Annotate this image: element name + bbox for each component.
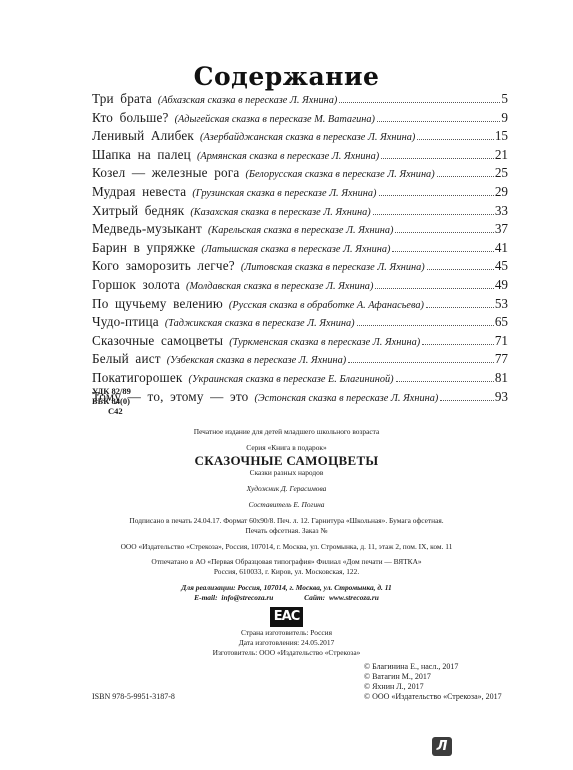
toc-entry-note: (Армянская сказка в пересказе Л. Яхнина): [197, 151, 379, 162]
manufacture-date: Дата изготовления: 24.05.2017: [0, 638, 573, 647]
toc-entry-title: Шапка на палец: [92, 147, 191, 163]
toc-entry[interactable]: Кого заморозить легче?(Литовская сказка …: [92, 258, 508, 277]
toc-entry-title: Кто больше?: [92, 110, 169, 126]
book-subtitle: Сказки разных народов: [0, 468, 573, 477]
toc-entry[interactable]: Шапка на палец(Армянская сказка в переск…: [92, 147, 508, 166]
toc-entry-title: Хитрый бедняк: [92, 203, 184, 219]
print-details-1: Подписано в печать 24.04.17. Формат 60x9…: [0, 516, 573, 525]
dot-leader: [381, 158, 494, 159]
dot-leader: [348, 362, 494, 363]
dot-leader: [375, 288, 493, 289]
toc-entry[interactable]: Барин в упряжке(Латышская сказка в перес…: [92, 240, 508, 259]
copyright-line: © Ватагин М., 2017: [364, 672, 502, 682]
udk-code: УДК 82/89: [92, 386, 131, 396]
toc-entry-page: 5: [501, 91, 508, 107]
toc-entry-page: 45: [495, 258, 508, 274]
dot-leader: [396, 381, 494, 382]
toc-entry-note: (Украинская сказка в пересказе Е. Благин…: [189, 374, 394, 385]
toc-entry[interactable]: Хитрый бедняк(Казахская сказка в переска…: [92, 203, 508, 222]
table-of-contents: Три брата(Абхазская сказка в пересказе Л…: [92, 91, 508, 407]
toc-entry-page: 65: [495, 314, 508, 330]
toc-entry[interactable]: Ленивый Алибек(Азербайджанская сказка в …: [92, 128, 508, 147]
toc-entry-note: (Адыгейская сказка в пересказе М. Ватаги…: [175, 114, 375, 125]
eac-certification-icon: EAC: [270, 607, 303, 627]
toc-entry-title: Три брата: [92, 91, 152, 107]
toc-entry-note: (Туркменская сказка в пересказе Л. Яхнин…: [229, 337, 420, 348]
toc-entry[interactable]: Мудрая невеста(Грузинская сказка в перес…: [92, 184, 508, 203]
udk-block: УДК 82/89 ББК 84(0) С42: [92, 386, 131, 416]
printer-line-1: Отпечатано в АО «Первая Образцовая типог…: [0, 557, 573, 566]
toc-entry-note: (Казахская сказка в пересказе Л. Яхнина): [190, 207, 370, 218]
toc-entry-page: 33: [495, 203, 508, 219]
country-of-origin: Страна изготовитель: Россия: [0, 628, 573, 637]
toc-entry-note: (Литовская сказка в пересказе Л. Яхнина): [241, 262, 425, 273]
copyright-block: © Благинина Е., насл., 2017 © Ватагин М.…: [364, 662, 502, 702]
toc-entry[interactable]: Горшок золота(Молдавская сказка в переск…: [92, 277, 508, 296]
dot-leader: [395, 232, 493, 233]
dot-leader: [427, 269, 494, 270]
website-text: Сайт: www.strecoza.ru: [304, 593, 379, 602]
author-mark: С42: [92, 406, 131, 416]
toc-entry-title: Козел — железные рога: [92, 165, 239, 181]
dot-leader: [437, 176, 494, 177]
toc-entry[interactable]: По щучьему велению(Русская сказка в обра…: [92, 296, 508, 315]
toc-entry-note: (Карельская сказка в пересказе Л. Яхнина…: [208, 225, 393, 236]
toc-entry-title: По щучьему велению: [92, 296, 223, 312]
toc-entry-page: 81: [495, 370, 508, 386]
isbn: ISBN 978-5-9951-3187-8: [92, 692, 175, 701]
toc-entry-title: Белый аист: [92, 351, 161, 367]
toc-entry-title: Барин в упряжке: [92, 240, 195, 256]
artist-credit: Художник Д. Герасимова: [0, 484, 573, 493]
toc-entry-page: 93: [495, 389, 508, 405]
toc-entry-title: Горшок золота: [92, 277, 180, 293]
toc-entry[interactable]: Тому — то, этому — это(Эстонская сказка …: [92, 389, 508, 408]
labirint-logo-icon[interactable]: Л: [432, 737, 452, 756]
manufacturer: Изготовитель: ООО «Издательство «Стрекоз…: [0, 648, 573, 657]
printer-line-2: Россия, 610033, г. Киров, ул. Московская…: [0, 567, 573, 576]
toc-entry-note: (Азербайджанская сказка в пересказе Л. Я…: [200, 132, 415, 143]
dot-leader: [357, 325, 494, 326]
dot-leader: [426, 307, 494, 308]
bbk-code: ББК 84(0): [92, 396, 131, 406]
print-details-2: Печать офсетная. Заказ №: [0, 526, 573, 535]
toc-entry[interactable]: Кто больше?(Адыгейская сказка в пересказ…: [92, 110, 508, 129]
dot-leader: [379, 195, 494, 196]
toc-entry[interactable]: Козел — железные рога(Белорусская сказка…: [92, 165, 508, 184]
publisher-address: ООО «Издательство «Стрекоза», Россия, 10…: [0, 542, 573, 551]
toc-entry-note: (Белорусская сказка в пересказе Л. Яхнин…: [245, 169, 434, 180]
toc-entry-page: 49: [495, 277, 508, 293]
compiler-credit: Составитель Е. Погина: [0, 500, 573, 509]
toc-entry-title: Ленивый Алибек: [92, 128, 194, 144]
toc-entry-title: Медведь-музыкант: [92, 221, 202, 237]
toc-entry-note: (Узбекская сказка в пересказе Л. Яхнина): [167, 355, 346, 366]
toc-entry[interactable]: Белый аист(Узбекская сказка в пересказе …: [92, 351, 508, 370]
toc-entry[interactable]: Чудо-птица(Таджикская сказка в пересказе…: [92, 314, 508, 333]
toc-entry-page: 41: [495, 240, 508, 256]
toc-entry-page: 25: [495, 165, 508, 181]
toc-entry-title: Мудрая невеста: [92, 184, 186, 200]
toc-entry-page: 77: [495, 351, 508, 367]
sales-address: Для реализации: Россия, 107014, г. Москв…: [0, 583, 573, 592]
dot-leader: [392, 251, 493, 252]
contents-heading: Содержание: [0, 62, 573, 91]
toc-entry-page: 71: [495, 333, 508, 349]
toc-entry-note: (Латышская сказка в пересказе Л. Яхнина): [201, 244, 390, 255]
eac-mark-wrap: EAC: [0, 607, 573, 627]
dot-leader: [440, 400, 494, 401]
toc-entry-page: 37: [495, 221, 508, 237]
toc-entry-note: (Грузинская сказка в пересказе Л. Яхнина…: [192, 188, 376, 199]
contacts-line: E-mail: info@strecoza.ru Сайт: www.strec…: [0, 593, 573, 602]
copyright-line: © ООО «Издательство «Стрекоза», 2017: [364, 692, 502, 702]
book-title: СКАЗОЧНЫЕ САМОЦВЕТЫ: [0, 453, 573, 469]
copyright-line: © Яхнин Л., 2017: [364, 682, 502, 692]
toc-entry[interactable]: Медведь-музыкант(Карельская сказка в пер…: [92, 221, 508, 240]
toc-entry-note: (Таджикская сказка в пересказе Л. Яхнина…: [165, 318, 355, 329]
dot-leader: [417, 139, 494, 140]
toc-entry-page: 15: [495, 128, 508, 144]
toc-entry-page: 21: [495, 147, 508, 163]
toc-entry[interactable]: Три брата(Абхазская сказка в пересказе Л…: [92, 91, 508, 110]
toc-entry-note: (Эстонская сказка в пересказе Л. Яхнина): [254, 393, 438, 404]
toc-entry-page: 9: [501, 110, 508, 126]
toc-entry-title: Чудо-птица: [92, 314, 159, 330]
toc-entry-page: 53: [495, 296, 508, 312]
dot-leader: [339, 102, 500, 103]
toc-entry[interactable]: Сказочные самоцветы(Туркменская сказка в…: [92, 333, 508, 352]
toc-entry-page: 29: [495, 184, 508, 200]
toc-entry-note: (Абхазская сказка в пересказе Л. Яхнина): [158, 95, 337, 106]
toc-entry-title: Покатигорошек: [92, 370, 183, 386]
toc-entry-note: (Молдавская сказка в пересказе Л. Яхнина…: [186, 281, 373, 292]
toc-entry-title: Кого заморозить легче?: [92, 258, 235, 274]
dot-leader: [373, 214, 494, 215]
dot-leader: [422, 344, 494, 345]
dot-leader: [377, 121, 500, 122]
series-name: Серия «Книга в подарок»: [0, 443, 573, 452]
email-text: E-mail: info@strecoza.ru: [194, 593, 273, 602]
copyright-line: © Благинина Е., насл., 2017: [364, 662, 502, 672]
toc-entry-note: (Русская сказка в обработке А. Афанасьев…: [229, 300, 424, 311]
audience-note: Печатное издание для детей младшего школ…: [0, 427, 573, 436]
toc-entry-title: Сказочные самоцветы: [92, 333, 223, 349]
toc-entry[interactable]: Покатигорошек(Украинская сказка в переск…: [92, 370, 508, 389]
